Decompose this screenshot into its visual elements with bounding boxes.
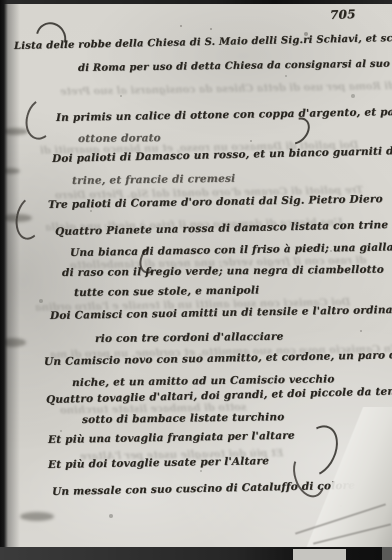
folio-number: 705 <box>330 7 356 22</box>
manuscript-line: tutte con sue stole, e manipoli <box>74 284 259 299</box>
manuscript-line: ottone dorato <box>78 132 161 145</box>
manuscript-line: trine, et francie di cremesi <box>72 173 235 187</box>
title-line-2: di Roma per uso di detta Chiesa da consi… <box>78 58 392 74</box>
manuscript-line: di raso con il fregio verde; una negra d… <box>62 264 384 279</box>
manuscript-line: niche, et un amitto ad un Camiscio vecch… <box>72 373 335 389</box>
manuscript-page-photo: di Roma per uso di detta Chiesa da consi… <box>0 0 392 560</box>
ink-flourish <box>21 95 61 143</box>
ink-flourish <box>30 17 72 60</box>
bleedthrough-line: di Roma per uso di detta Chiesa da consi… <box>60 81 392 98</box>
manuscript-line: sotto di bambace listate turchino <box>82 411 285 426</box>
binding-gutter-shadow <box>0 0 20 560</box>
manuscript-line: Et più una tovaglia frangiata per l'alta… <box>48 430 295 446</box>
title-line-1: Lista delle robbe della Chiesa di S. Mai… <box>14 32 392 52</box>
page-top-edge-shadow <box>0 0 392 4</box>
marginal-smudge <box>20 512 54 521</box>
photo-bottom-right-gray <box>382 547 392 560</box>
manuscript-line: rio con tre cordoni d'allacciare <box>95 331 284 345</box>
manuscript-line: Et più doi tovaglie usate per l'Altare <box>48 455 269 471</box>
manuscript-line: In primis un calice di ottone con coppa … <box>56 105 392 124</box>
photo-bottom-light-gap <box>293 549 346 560</box>
